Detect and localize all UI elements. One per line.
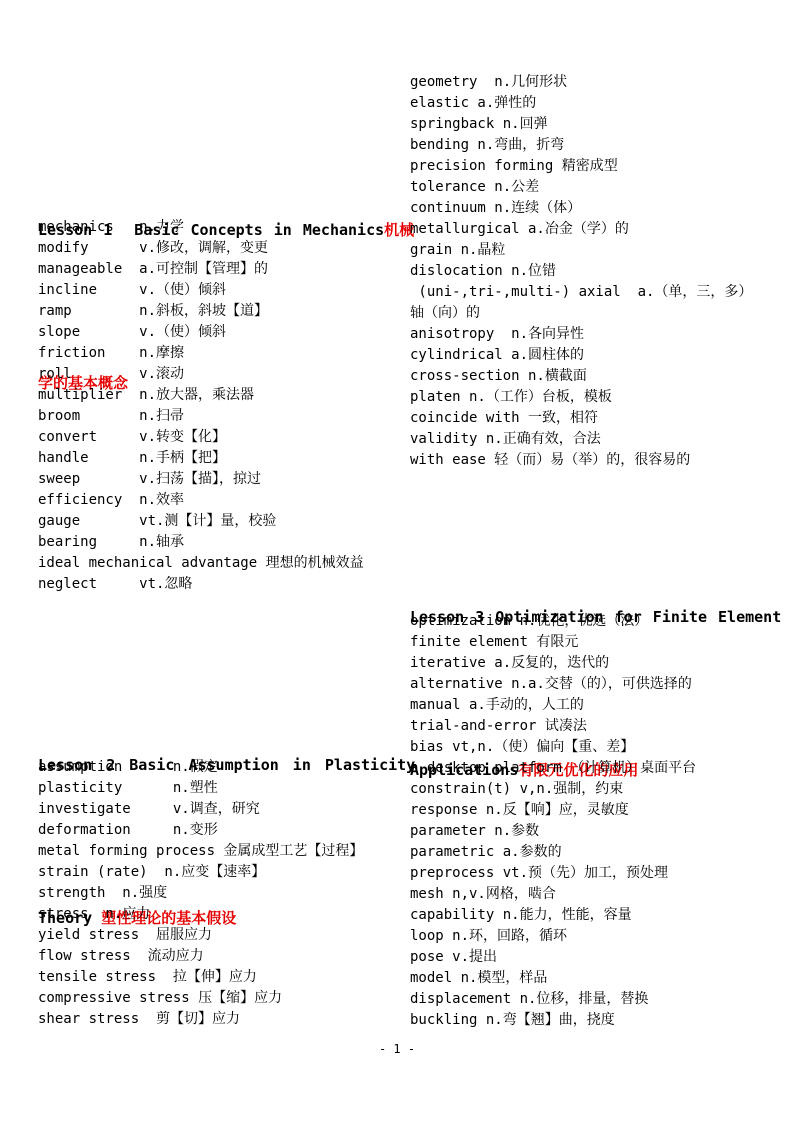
vocab-entry: compressive stress 压【缩】应力 [38, 988, 363, 1009]
vocab-entry: mesh n,v.网格，啮合 [410, 884, 696, 905]
vocab-entry: neglect vt.忽略 [38, 574, 364, 595]
page-number: - 1 - [0, 1041, 794, 1057]
vocab-entry: parameter n.参数 [410, 821, 696, 842]
vocab-entry: geometry n.几何形状 [410, 72, 752, 93]
vocab-entry: stress n.应力 [38, 904, 363, 925]
vocab-entry: response n.反【响】应，灵敏度 [410, 800, 696, 821]
vocab-entry: parametric a.参数的 [410, 842, 696, 863]
vocab-entry: (uni-,tri-,multi-) axial a.（单，三，多） [410, 282, 752, 303]
vocab-entry: cross-section n.横截面 [410, 366, 752, 387]
lesson3-vocab-list: optimization n.优化，优选（法）finite element 有限… [410, 611, 696, 1031]
vocab-entry: strength n.强度 [38, 883, 363, 904]
vocab-entry: elastic a.弹性的 [410, 93, 752, 114]
vocab-entry: manageable a.可控制【管理】的 [38, 259, 364, 280]
lesson2-vocab-list: assumption n.假定plasticity n.塑性investigat… [38, 757, 363, 1030]
vocab-entry: model n.模型，样品 [410, 968, 696, 989]
vocab-entry: modify v.修改，调解，变更 [38, 238, 364, 259]
vocab-entry: metallurgical a.冶金（学）的 [410, 219, 752, 240]
vocab-entry: efficiency n.效率 [38, 490, 364, 511]
vocab-entry: mechanics n.力学 [38, 217, 364, 238]
vocab-entry: a desktop platform （计算机）桌面平台 [410, 758, 696, 779]
lesson2-vocab-list-continued: geometry n.几何形状elastic a.弹性的springback n… [410, 72, 752, 471]
vocab-entry: constrain(t) v,n.强制，约束 [410, 779, 696, 800]
vocab-entry: metal forming process 金属成型工艺【过程】 [38, 841, 363, 862]
vocab-entry: gauge vt.测【计】量，校验 [38, 511, 364, 532]
vocab-entry: preprocess vt.预（先）加工，预处理 [410, 863, 696, 884]
vocab-entry: deformation n.变形 [38, 820, 363, 841]
vocab-entry: friction n.摩擦 [38, 343, 364, 364]
vocab-entry: anisotropy n.各向异性 [410, 324, 752, 345]
vocab-entry: trial-and-error 试凑法 [410, 716, 696, 737]
vocab-entry: continuum n.连续（体） [410, 198, 752, 219]
vocab-entry: displacement n.位移，排量，替换 [410, 989, 696, 1010]
vocab-entry: bending n.弯曲，折弯 [410, 135, 752, 156]
vocab-entry: validity n.正确有效，合法 [410, 429, 752, 450]
vocab-entry: plasticity n.塑性 [38, 778, 363, 799]
vocab-entry: manual a.手动的，人工的 [410, 695, 696, 716]
vocab-entry: 轴（向）的 [410, 303, 752, 324]
vocab-entry: flow stress 流动应力 [38, 946, 363, 967]
vocab-entry: broom n.扫帚 [38, 406, 364, 427]
lesson1-vocab-list: mechanics n.力学modify v.修改，调解，变更manageabl… [38, 217, 364, 595]
vocab-entry: with ease 轻（而）易（举）的，很容易的 [410, 450, 752, 471]
vocab-entry: yield stress 屈服应力 [38, 925, 363, 946]
vocab-entry: dislocation n.位错 [410, 261, 752, 282]
vocab-entry: finite element 有限元 [410, 632, 696, 653]
vocab-entry: assumption n.假定 [38, 757, 363, 778]
vocab-entry: bias vt,n.（使）偏向【重、差】 [410, 737, 696, 758]
vocab-entry: shear stress 剪【切】应力 [38, 1009, 363, 1030]
vocab-entry: slope v.（使）倾斜 [38, 322, 364, 343]
vocab-entry: incline v.（使）倾斜 [38, 280, 364, 301]
vocab-entry: optimization n.优化，优选（法） [410, 611, 696, 632]
vocab-entry: capability n.能力，性能，容量 [410, 905, 696, 926]
vocab-entry: bearing n.轴承 [38, 532, 364, 553]
vocab-entry: iterative a.反复的，迭代的 [410, 653, 696, 674]
vocab-entry: investigate v.调查，研究 [38, 799, 363, 820]
vocab-entry: ideal mechanical advantage 理想的机械效益 [38, 553, 364, 574]
vocab-entry: roll v.滚动 [38, 364, 364, 385]
vocab-entry: convert v.转变【化】 [38, 427, 364, 448]
vocab-entry: grain n.晶粒 [410, 240, 752, 261]
vocab-entry: handle n.手柄【把】 [38, 448, 364, 469]
vocab-entry: sweep v.扫荡【描】，掠过 [38, 469, 364, 490]
vocab-entry: loop n.环，回路，循环 [410, 926, 696, 947]
vocab-entry: multiplier n.放大器，乘法器 [38, 385, 364, 406]
document-page: Lesson 1 Basic Concepts in Mechanics机械 学… [0, 0, 794, 1123]
vocab-entry: cylindrical a.圆柱体的 [410, 345, 752, 366]
vocab-entry: ramp n.斜板，斜坡【道】 [38, 301, 364, 322]
vocab-entry: strain (rate) n.应变【速率】 [38, 862, 363, 883]
vocab-entry: pose v.提出 [410, 947, 696, 968]
vocab-entry: platen n.（工作）台板，模板 [410, 387, 752, 408]
vocab-entry: springback n.回弹 [410, 114, 752, 135]
vocab-entry: tensile stress 拉【伸】应力 [38, 967, 363, 988]
vocab-entry: coincide with 一致，相符 [410, 408, 752, 429]
vocab-entry: alternative n.a.交替（的），可供选择的 [410, 674, 696, 695]
vocab-entry: buckling n.弯【翘】曲，挠度 [410, 1010, 696, 1031]
vocab-entry: tolerance n.公差 [410, 177, 752, 198]
vocab-entry: precision forming 精密成型 [410, 156, 752, 177]
